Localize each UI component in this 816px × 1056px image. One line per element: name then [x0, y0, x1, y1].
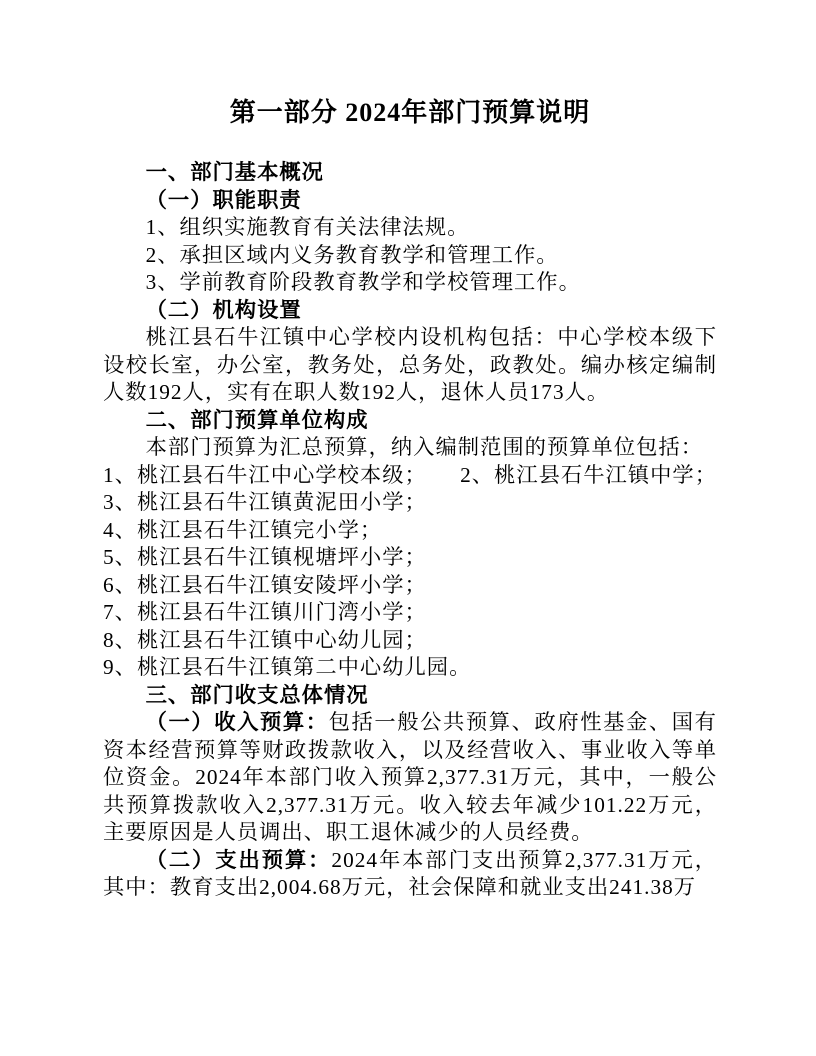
section-heading-1: 一、部门基本概况 [103, 159, 717, 187]
income-paragraph: （一）收入预算：包括一般公共预算、政府性基金、国有资本经营预算等财政拨款收入，以… [103, 709, 717, 847]
document-content: 第一部分 2024年部门预算说明 一、部门基本概况 （一）职能职责 1、组织实施… [103, 96, 717, 902]
budget-unit-item-7: 7、桃江县石牛江镇川门湾小学； [103, 599, 717, 627]
budget-unit-item-6: 6、桃江县石牛江镇安陵坪小学； [103, 572, 717, 600]
duty-item-3: 3、学前教育阶段教育教学和学校管理工作。 [103, 269, 717, 297]
document-page: 第一部分 2024年部门预算说明 一、部门基本概况 （一）职能职责 1、组织实施… [0, 0, 816, 1056]
budget-unit-item-1: 1、桃江县石牛江中心学校本级； [103, 462, 427, 490]
budget-unit-item-9: 9、桃江县石牛江镇第二中心幼儿园。 [103, 654, 717, 682]
subsection-heading-1-2: （二）机构设置 [103, 297, 717, 325]
section-heading-3: 三、部门收支总体情况 [103, 682, 717, 710]
budget-unit-row: 1、桃江县石牛江中心学校本级； 2、桃江县石牛江镇中学； [103, 462, 717, 490]
budget-unit-item-2: 2、桃江县石牛江镇中学； [460, 462, 717, 490]
section-heading-2: 二、部门预算单位构成 [103, 407, 717, 435]
duty-item-1: 1、组织实施教育有关法律法规。 [103, 214, 717, 242]
budget-unit-item-3: 3、桃江县石牛江镇黄泥田小学； [103, 489, 717, 517]
income-lead-label: （一）收入预算： [146, 710, 329, 734]
budget-unit-item-4: 4、桃江县石牛江镇完小学； [103, 517, 717, 545]
subsection-heading-1-1: （一）职能职责 [103, 187, 717, 215]
duty-item-2: 2、承担区域内义务教育教学和管理工作。 [103, 242, 717, 270]
expense-paragraph: （二）支出预算：2024年本部门支出预算2,377.31万元，其中：教育支出2,… [103, 847, 717, 902]
page-title: 第一部分 2024年部门预算说明 [103, 96, 717, 130]
budget-unit-item-8: 8、桃江县石牛江镇中心幼儿园； [103, 627, 717, 655]
expense-lead-label: （二）支出预算： [146, 848, 332, 872]
budget-units-intro: 本部门预算为汇总预算，纳入编制范围的预算单位包括： [103, 434, 717, 462]
org-paragraph: 桃江县石牛江镇中心学校内设机构包括：中心学校本级下设校长室，办公室，教务处，总务… [103, 324, 717, 407]
budget-unit-item-5: 5、桃江县石牛江镇枧塘坪小学； [103, 544, 717, 572]
